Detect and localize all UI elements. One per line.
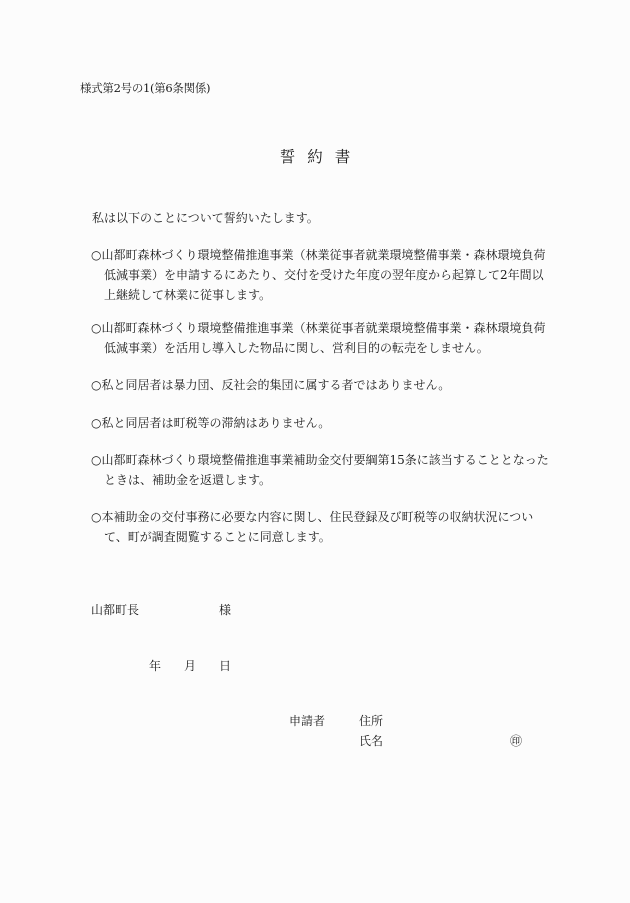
date-day-label: 日 xyxy=(219,657,231,674)
clause-line: ○山都町森林づくり環境整備推進事業（林業従事者就業環境整備事業・森林環境負荷 xyxy=(91,245,561,265)
applicant-label: 申請者 xyxy=(289,712,325,729)
seal-icon: ㊞ xyxy=(510,732,522,749)
clause-line: ○山都町森林づくり環境整備推進事業補助金交付要綱第15条に該当することとなった xyxy=(91,450,561,470)
clause-line: 低減事業）を活用し導入した物品に関し、営利目的の転売をしません。 xyxy=(91,338,561,358)
clause-line: て、町が調査閲覧することに同意します。 xyxy=(91,527,561,547)
page-title: 誓約書 xyxy=(0,145,630,167)
clause-line: 上継続して林業に従事します。 xyxy=(91,285,561,305)
clause-2: ○山都町森林づくり環境整備推進事業（林業従事者就業環境整備事業・森林環境負荷 低… xyxy=(91,318,561,358)
clause-5: ○山都町森林づくり環境整備推進事業補助金交付要綱第15条に該当することとなった … xyxy=(91,450,561,490)
clause-6: ○本補助金の交付事務に必要な内容に関し、住民登録及び町税等の収納状況につい て、… xyxy=(91,507,561,547)
clause-line: ○私と同居者は暴力団、反社会的集団に属する者ではありません。 xyxy=(91,375,561,395)
date-year-label: 年 xyxy=(149,657,161,674)
intro-text: 私は以下のことについて誓約いたします。 xyxy=(92,209,319,226)
clause-line: ○私と同居者は町税等の滞納はありません。 xyxy=(91,413,561,433)
clause-3: ○私と同居者は暴力団、反社会的集団に属する者ではありません。 xyxy=(91,375,561,395)
clause-line: ○本補助金の交付事務に必要な内容に関し、住民登録及び町税等の収納状況につい xyxy=(91,507,561,527)
date-month-label: 月 xyxy=(184,657,196,674)
addressee-name: 山都町長 xyxy=(91,601,139,618)
clause-line: ○山都町森林づくり環境整備推進事業（林業従事者就業環境整備事業・森林環境負荷 xyxy=(91,318,561,338)
clause-4: ○私と同居者は町税等の滞納はありません。 xyxy=(91,413,561,433)
clause-1: ○山都町森林づくり環境整備推進事業（林業従事者就業環境整備事業・森林環境負荷 低… xyxy=(91,245,561,305)
applicant-address-label: 住所 xyxy=(359,712,383,729)
applicant-name-label: 氏名 xyxy=(359,732,383,749)
clause-line: 低減事業）を申請するにあたり、交付を受けた年度の翌年度から起算して2年間以 xyxy=(91,265,561,285)
addressee-honorific: 様 xyxy=(219,601,231,618)
clause-line: ときは、補助金を返還します。 xyxy=(91,470,561,490)
form-label: 様式第2号の1(第6条関係) xyxy=(80,80,210,96)
